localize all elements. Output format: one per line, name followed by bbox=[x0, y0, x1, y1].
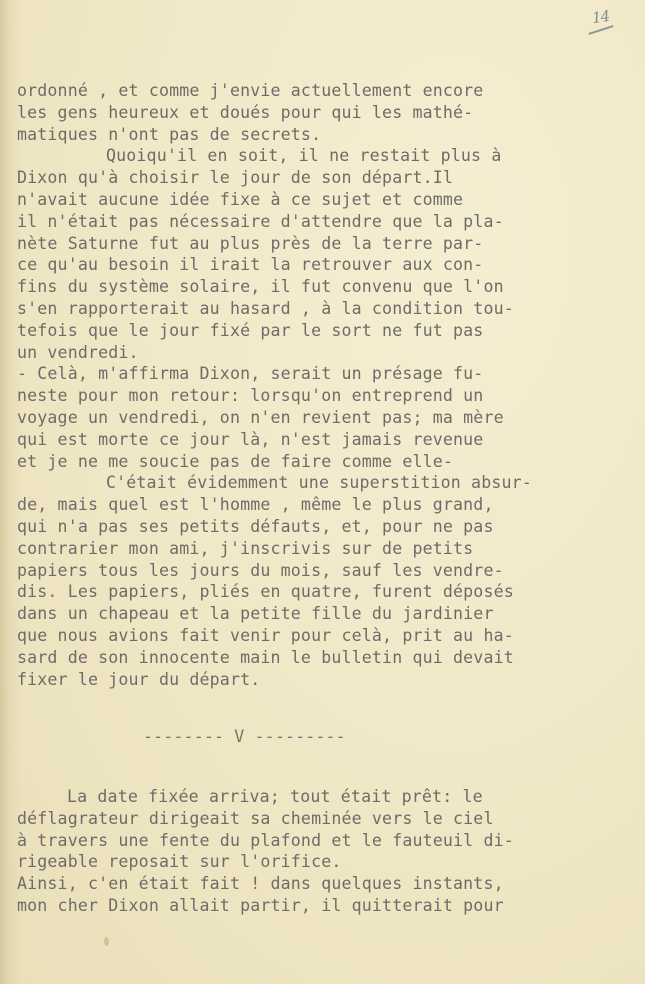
text-line: Ainsi, c'en était fait ! dans quelques i… bbox=[17, 873, 637, 895]
body-text-top: ordonné , et comme j'envie actuellement … bbox=[17, 80, 637, 690]
text-line: voyage un vendredi, on n'en revient pas;… bbox=[17, 407, 637, 429]
text-line: dis. Les papiers, pliés en quatre, furen… bbox=[17, 581, 637, 603]
text-line: Quoiqu'il en soit, il ne restait plus à bbox=[17, 145, 637, 167]
text-line: un vendredi. bbox=[17, 342, 637, 364]
text-line: n'avait aucune idée fixe à ce sujet et c… bbox=[17, 189, 637, 211]
text-line: fins du système solaire, il fut convenu … bbox=[17, 276, 637, 298]
text-line: s'en rapporterait au hasard , à la condi… bbox=[17, 298, 637, 320]
typewritten-page: 14 ordonné , et comme j'envie actuelleme… bbox=[0, 0, 645, 984]
text-line: - Celà, m'affirma Dixon, serait un présa… bbox=[17, 363, 637, 385]
text-line: à travers une fente du plafond et le fau… bbox=[17, 830, 637, 852]
text-line: rigeable reposait sur l'orifice. bbox=[17, 851, 637, 873]
text-line: contrarier mon ami, j'inscrivis sur de p… bbox=[17, 538, 637, 560]
text-line: dans un chapeau et la petite fille du ja… bbox=[17, 603, 637, 625]
text-line: de, mais quel est l'homme , même le plus… bbox=[17, 494, 637, 516]
text-line: papiers tous les jours du mois, sauf les… bbox=[17, 560, 637, 582]
text-line: ordonné , et comme j'envie actuellement … bbox=[17, 80, 637, 102]
text-line: que nous avions fait venir pour celà, pr… bbox=[17, 625, 637, 647]
text-line: C'était évidemment une superstition absu… bbox=[17, 472, 637, 494]
text-line: fixer le jour du départ. bbox=[17, 669, 637, 691]
text-line: nète Saturne fut au plus près de la terr… bbox=[17, 233, 637, 255]
handwritten-page-number: 14 bbox=[591, 7, 610, 27]
text-line: qui est morte ce jour là, n'est jamais r… bbox=[17, 429, 637, 451]
text-line: La date fixée arriva; tout était prêt: l… bbox=[17, 786, 637, 808]
page-number-underline bbox=[588, 25, 613, 35]
body-text-bottom: La date fixée arriva; tout était prêt: l… bbox=[17, 786, 637, 917]
section-heading-v: -------- V --------- bbox=[143, 727, 346, 746]
text-line: neste pour mon retour: lorsqu'on entrepr… bbox=[17, 385, 637, 407]
text-line: sard de son innocente main le bulletin q… bbox=[17, 647, 637, 669]
text-line: les gens heureux et doués pour qui les m… bbox=[17, 102, 637, 124]
text-line: matiques n'ont pas de secrets. bbox=[17, 124, 637, 146]
text-line: tefois que le jour fixé par le sort ne f… bbox=[17, 320, 637, 342]
text-line: déflagrateur dirigeait sa cheminée vers … bbox=[17, 808, 637, 830]
text-line: et je ne me soucie pas de faire comme el… bbox=[17, 451, 637, 473]
text-line: il n'était pas nécessaire d'attendre que… bbox=[17, 211, 637, 233]
text-line: Dixon qu'à choisir le jour de son départ… bbox=[17, 167, 637, 189]
text-line: qui n'a pas ses petits défauts, et, pour… bbox=[17, 516, 637, 538]
text-line: ce qu'au besoin il irait la retrouver au… bbox=[17, 254, 637, 276]
paper-smudge bbox=[104, 937, 109, 946]
text-line: mon cher Dixon allait partir, il quitter… bbox=[17, 895, 637, 917]
